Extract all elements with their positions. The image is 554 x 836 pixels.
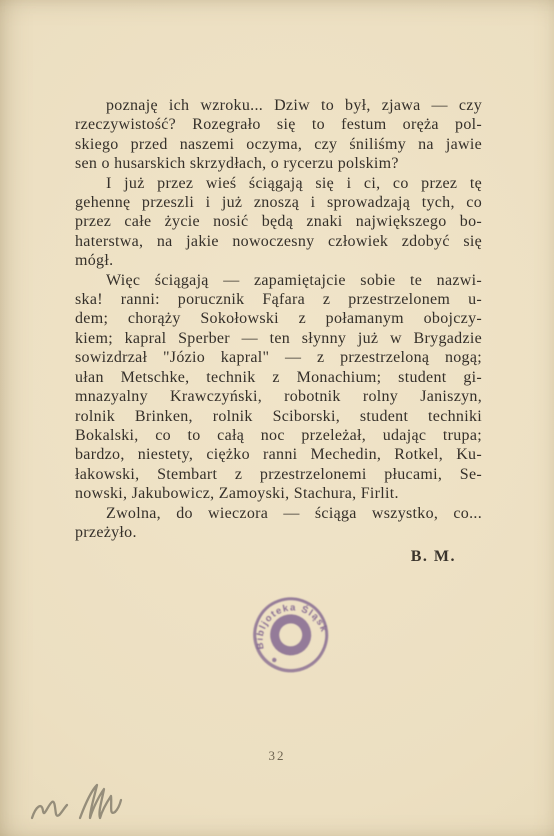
text-line: rolnik Brinken, rolnik Sciborski, studen…: [75, 407, 482, 426]
text-line: gehennę przeszli i już znoszą i sprowadz…: [75, 193, 482, 212]
text-line: Więc ściągają — zapamiętajcie sobie te n…: [75, 271, 482, 290]
text-line: przeżyło.: [75, 523, 482, 542]
text-line: nowski, Jakubowicz, Zamoyski, Stachura, …: [75, 484, 482, 503]
book-page: poznaję ich wzroku... Dziw to był, zjawa…: [0, 0, 554, 836]
text-line: Zwolna, do wieczora — ściąga wszystko, c…: [75, 504, 482, 523]
library-stamp-icon: Bibljoteka Śląska: [246, 589, 334, 677]
pencil-stroke: [32, 802, 67, 818]
text-line: mógł.: [75, 251, 482, 270]
text-line: skiego przed naszemi oczyma, czy śniliśm…: [75, 135, 482, 154]
text-line: ska! ranni: porucznik Fąfara z przestrze…: [75, 290, 482, 309]
text-line: przez całe życie nosić będą znaki najwię…: [75, 212, 482, 231]
text-line: dem; chorąży Sokołowski z połamanym oboj…: [75, 309, 482, 328]
text-line: haterstwa, na jakie nowoczesny człowiek …: [75, 232, 482, 251]
text-line: rzeczywistość? Rozegrało się to festum o…: [75, 115, 482, 134]
pencil-stroke: [80, 785, 121, 818]
text-line: poznaję ich wzroku... Dziw to był, zjawa…: [75, 96, 482, 115]
text-line: łakowski, Stembart z przestrzelonemi płu…: [75, 465, 482, 484]
stamp-separator-dot: [271, 657, 277, 663]
author-initials: B. M.: [75, 547, 482, 566]
text-line: Bokalski, co to całą noc przeleżał, udaj…: [75, 426, 482, 445]
text-line: kiem; kapral Sperber — ten słynny już w …: [75, 329, 482, 348]
page-number: 32: [0, 748, 554, 764]
text-line: ułan Metschke, technik z Monachium; stud…: [75, 368, 482, 387]
text-line: sen o husarskich skrzydłach, o rycerzu p…: [75, 154, 482, 173]
pencil-signature-icon: [18, 778, 148, 832]
text-line: I już przez wieś ściągają się i ci, co p…: [75, 174, 482, 193]
text-line: bardzo, niestety, ciężko ranni Mechedin,…: [75, 445, 482, 464]
text-line: mnazyalny Krawczyński, robotnik rolny Ja…: [75, 387, 482, 406]
stamp-inner-ring: [270, 614, 311, 655]
page-text: poznaję ich wzroku... Dziw to był, zjawa…: [75, 96, 482, 567]
text-line: sowizdrzał "Józio kapral" — z przestrzel…: [75, 348, 482, 367]
